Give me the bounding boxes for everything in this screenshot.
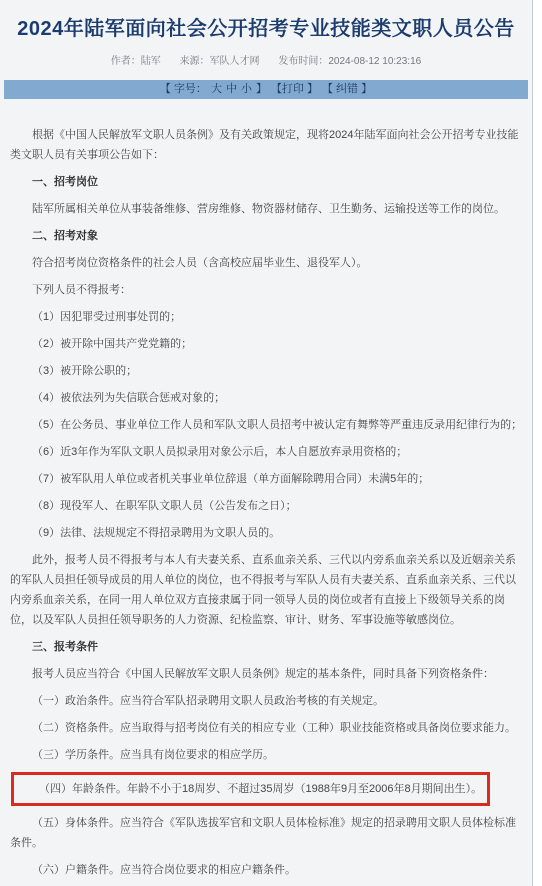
font-size-large-button[interactable]: 大 [211, 80, 222, 99]
article-container: 2024年陆军面向社会公开招考专业技能类文职人员公告 作者：陆军 来源：军队人才… [0, 0, 533, 886]
highlighted-age-requirement-paragraph: （四）年龄条件。年龄不小于18周岁、不超过35周岁（1988年9月至2006年8… [11, 772, 490, 806]
meta-source: 来源：军队人才网 [180, 56, 260, 67]
paragraph: 报考人员应当符合《中国人民解放军文职人员条例》规定的基本条件，同时具备下列资格条… [10, 664, 526, 684]
meta-publish-time: 发布时间：2024-08-12 10:23:16 [278, 56, 421, 67]
announcement-page: 2024年陆军面向社会公开招考专业技能类文职人员公告 作者：陆军 来源：军队人才… [0, 0, 542, 886]
paragraph: 符合招考岗位资格条件的社会人员（含高校应届毕业生、退役军人）。 [10, 253, 526, 273]
font-size-prefix: 【 字号： [160, 80, 207, 99]
meta-time-label: 发布时间： [278, 56, 328, 67]
meta-source-label: 来源： [180, 56, 210, 67]
meta-author-value: 陆军 [141, 56, 161, 67]
section-heading: 三、报考条件 [10, 637, 526, 657]
section-heading: 一、招考岗位 [10, 172, 526, 192]
paragraph: （三）学历条件。应当具有岗位要求的相应学历。 [10, 745, 526, 765]
meta-author: 作者：陆军 [111, 56, 161, 67]
paragraph: 根据《中国人民解放军文职人员条例》及有关政策规定，现将2024年陆军面向社会公开… [10, 125, 526, 165]
font-size-suffix: 】 [256, 80, 267, 99]
correction-button[interactable]: 【 纠错 】 [322, 80, 372, 99]
meta-source-value: 军队人才网 [210, 56, 260, 67]
paragraph: （五）身体条件。应当符合《军队选拔军官和文职人员体检标准》规定的招录聘用文职人员… [10, 813, 526, 853]
paragraph: 此外，报考人员不得报考与本人有夫妻关系、直系血亲关系、三代以内旁系血亲关系以及近… [10, 550, 526, 630]
print-button[interactable]: 【打印 】 [271, 80, 318, 99]
meta-author-label: 作者： [111, 56, 141, 67]
page-title: 2024年陆军面向社会公开招考专业技能类文职人员公告 [16, 16, 516, 42]
paragraph: （一）政治条件。应当符合军队招录聘用文职人员政治考核的有关规定。 [10, 691, 526, 711]
paragraph: （4）被依法列为失信联合惩戒对象的； [10, 388, 526, 408]
paragraph: （3）被开除公职的； [10, 361, 526, 381]
article-toolbar: 【 字号： 大 中 小 】 【打印 】 【 纠错 】 [4, 80, 528, 99]
paragraph: （1）因犯罪受过刑事处罚的； [10, 307, 526, 327]
article-meta: 作者：陆军 来源：军队人才网 发布时间：2024-08-12 10:23:16 [0, 56, 532, 68]
paragraph: （2）被开除中国共产党党籍的； [10, 334, 526, 354]
paragraph: （7）被军队用人单位或者机关事业单位辞退（单方面解除聘用合同）未满5年的； [10, 469, 526, 489]
article-body: 根据《中国人民解放军文职人员条例》及有关政策规定，现将2024年陆军面向社会公开… [0, 99, 532, 880]
paragraph: 下列人员不得报考： [10, 280, 526, 300]
font-size-small-button[interactable]: 小 [241, 80, 252, 99]
paragraph: （六）户籍条件。应当符合岗位要求的相应户籍条件。 [10, 860, 526, 880]
meta-time-value: 2024-08-12 10:23:16 [328, 56, 421, 67]
paragraph: （8）现役军人、在职军队文职人员（公告发布之日）； [10, 496, 526, 516]
paragraph: （二）资格条件。应当取得与招考岗位有关的相应专业（工种）职业技能资格或具备岗位要… [10, 718, 526, 738]
section-heading: 二、招考对象 [10, 226, 526, 246]
paragraph: （9）法律、法规规定不得招录聘用为文职人员的。 [10, 523, 526, 543]
paragraph: （5）在公务员、事业单位工作人员和军队文职人员招考中被认定有舞弊等严重违反录用纪… [10, 415, 526, 435]
font-size-medium-button[interactable]: 中 [226, 80, 237, 99]
paragraph: 陆军所属相关单位从事装备维修、营房维修、物资器材储存、卫生勤务、运输投送等工作的… [10, 199, 526, 219]
paragraph: （6）近3年作为军队文职人员拟录用对象公示后，本人自愿放弃录用资格的； [10, 442, 526, 462]
